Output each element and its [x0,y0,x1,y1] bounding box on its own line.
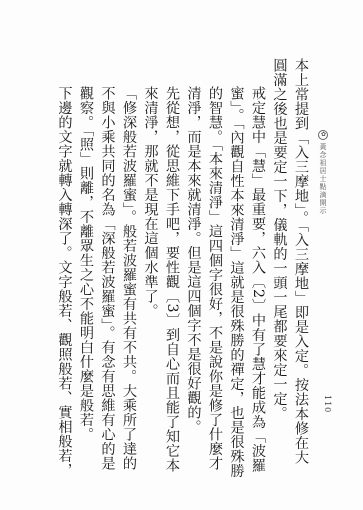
paragraph: 戒定慧中「慧」最重要，六入〔2〕中有了慧才能成為「波羅蜜」。「內觀自性本來清淨」… [182,58,268,478]
paragraph: 先從想，從思維下手吧，要性觀〔3〕到自心而且能了知它本來清淨，那就不是現在這個水… [139,58,182,478]
scanned-book-page: ✿ 黃念祖居士點滴開示 110 本上常提到「入三摩地」。「入三摩地」即是入定。按… [0,0,363,510]
paragraph: 本上常提到「入三摩地」。「入三摩地」即是入定。按法本修在大圓滿之後也是要定一下，… [268,58,311,478]
header-title: 黃念祖居士點滴開示 [318,143,328,215]
paragraph: 下邊的文字就轉入轉深了。文字般若、觀照般若、實相般若， [53,58,75,478]
page-number: 110 [323,395,332,413]
running-header: ✿ 黃念祖居士點滴開示 [318,130,328,215]
paragraph: 「修深般若波羅蜜」。般若波羅蜜有共有不共。大乘所了達的不與小乘共同的名為「深般若… [75,58,140,478]
lotus-emblem-icon: ✿ [318,130,328,140]
body-text: 本上常提到「入三摩地」。「入三摩地」即是入定。按法本修在大圓滿之後也是要定一下，… [53,58,311,478]
